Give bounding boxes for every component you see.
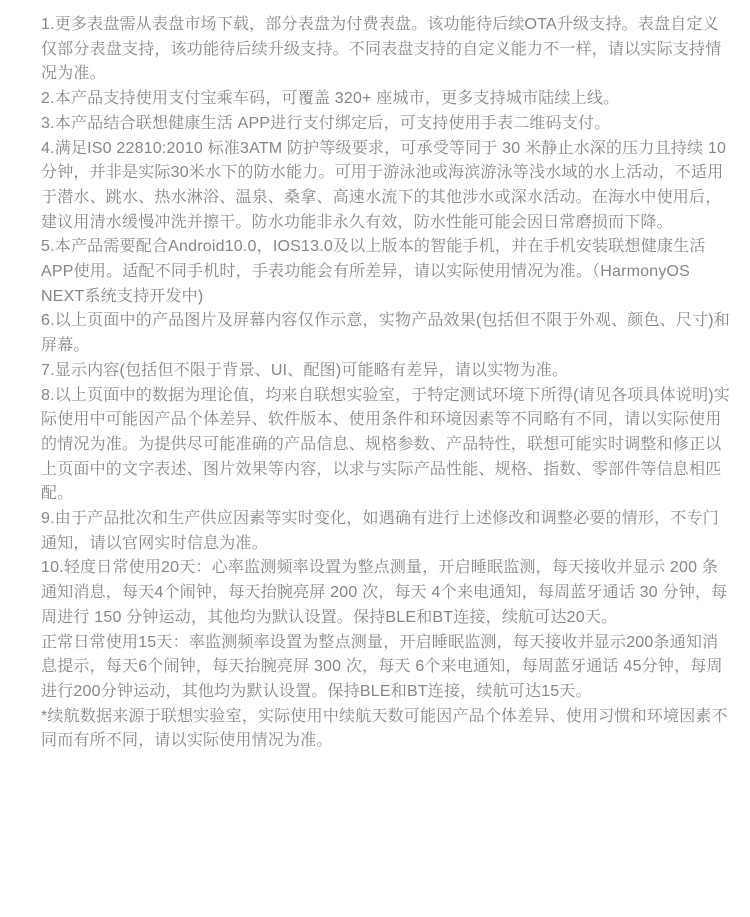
note-water-resistance: 4.满足IS0 22810:2010 标准3ATM 防护等级要求，可承受等同于 … bbox=[41, 137, 731, 236]
note-production-changes: 9.由于产品批次和生产供应因素等实时变化，如遇确有进行上述修改和调整必要的情形，… bbox=[41, 507, 731, 556]
note-battery-normal-use: 正常日常使用15天：率监测频率设置为整点测量，开启睡眠监测，每天接收并显示200… bbox=[41, 631, 731, 705]
note-lab-data: 8.以上页面中的数据为理论值，均来自联想实验室，于特定测试环境下所得(请见各项具… bbox=[41, 384, 731, 508]
note-battery-disclaimer: *续航数据来源于联想实验室，实际使用中续航天数可能因产品个体差异、使用习惯和环境… bbox=[41, 705, 731, 754]
note-qr-payment: 3.本产品结合联想健康生活 APP进行支付绑定后，可支持使用手表二维码支付。 bbox=[41, 112, 731, 137]
product-notes-section: 1.更多表盘需从表盘市场下载，部分表盘为付费表盘。该功能待后续OTA升级支持。表… bbox=[41, 13, 731, 754]
note-product-images: 6.以上页面中的产品图片及屏幕内容仅作示意，实物产品效果(包括但不限于外观、颜色… bbox=[41, 309, 731, 358]
note-alipay-transit: 2.本产品支持使用支付宝乘车码，可覆盖 320+ 座城市，更多支持城市陆续上线。 bbox=[41, 87, 731, 112]
note-watchface: 1.更多表盘需从表盘市场下载，部分表盘为付费表盘。该功能待后续OTA升级支持。表… bbox=[41, 13, 731, 87]
note-phone-compatibility: 5.本产品需要配合Android10.0，IOS13.0及以上版本的智能手机，并… bbox=[41, 235, 731, 309]
note-display-content: 7.显示内容(包括但不限于背景、UI、配图)可能略有差异，请以实物为准。 bbox=[41, 359, 731, 384]
product-detail-page: 1.更多表盘需从表盘市场下载，部分表盘为付费表盘。该功能待后续OTA升级支持。表… bbox=[0, 0, 750, 917]
note-battery-light-use: 10.轻度日常使用20天：心率监测频率设置为整点测量，开启睡眠监测，每天接收并显… bbox=[41, 556, 731, 630]
